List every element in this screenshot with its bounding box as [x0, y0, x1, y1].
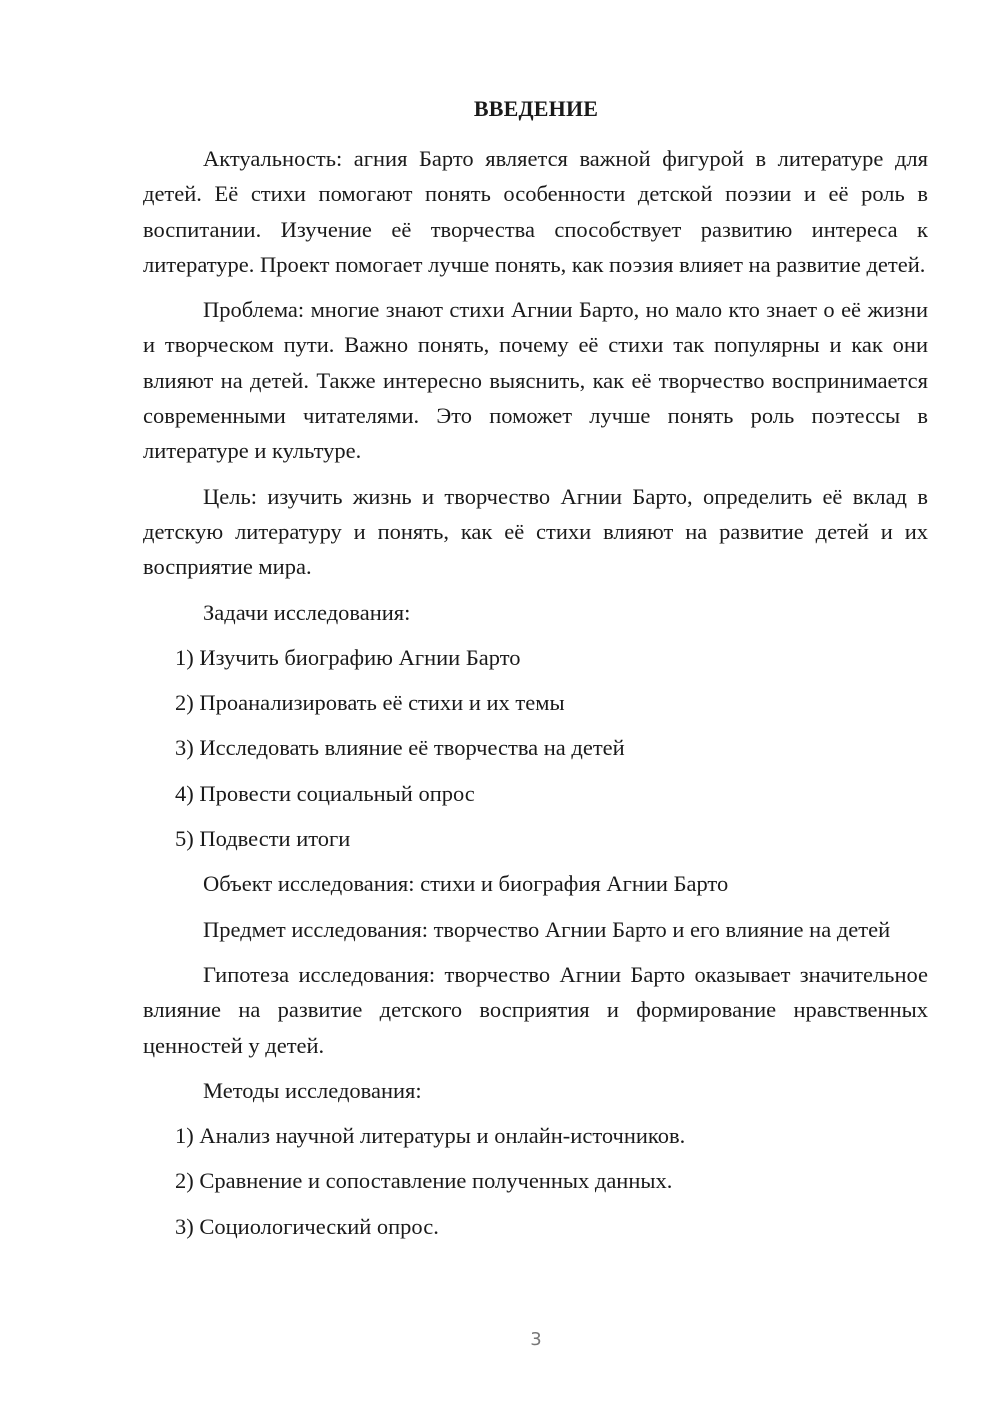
document-page: ВВЕДЕНИЕ Актуальность: агния Барто являе… — [0, 0, 1000, 1414]
tasks-label: Задачи исследования: — [143, 595, 928, 630]
method-item: 1) Анализ научной литературы и онлайн-ис… — [143, 1118, 928, 1153]
document-body: Актуальность: агния Барто является важно… — [143, 141, 928, 1254]
task-item: 1) Изучить биографию Агнии Барто — [143, 640, 928, 675]
method-item: 3) Социологический опрос. — [143, 1209, 928, 1244]
task-item: 3) Исследовать влияние её творчества на … — [143, 730, 928, 765]
relevance-paragraph: Актуальность: агния Барто является важно… — [143, 141, 928, 282]
object-paragraph: Объект исследования: стихи и биография А… — [143, 866, 928, 901]
methods-label: Методы исследования: — [143, 1073, 928, 1108]
task-item: 4) Провести социальный опрос — [143, 776, 928, 811]
page-number: 3 — [0, 1329, 1000, 1350]
method-item: 2) Сравнение и сопоставление полученных … — [143, 1163, 928, 1198]
hypothesis-paragraph: Гипотеза исследования: творчество Агнии … — [143, 957, 928, 1063]
task-item: 2) Проанализировать её стихи и их темы — [143, 685, 928, 720]
task-item: 5) Подвести итоги — [143, 821, 928, 856]
problem-paragraph: Проблема: многие знают стихи Агнии Барто… — [143, 292, 928, 468]
tasks-list: 1) Изучить биографию Агнии Барто 2) Проа… — [143, 640, 928, 856]
section-heading: ВВЕДЕНИЕ — [0, 96, 1000, 122]
subject-paragraph: Предмет исследования: творчество Агнии Б… — [143, 912, 928, 947]
goal-paragraph: Цель: изучить жизнь и творчество Агнии Б… — [143, 479, 928, 585]
methods-list: 1) Анализ научной литературы и онлайн-ис… — [143, 1118, 928, 1244]
